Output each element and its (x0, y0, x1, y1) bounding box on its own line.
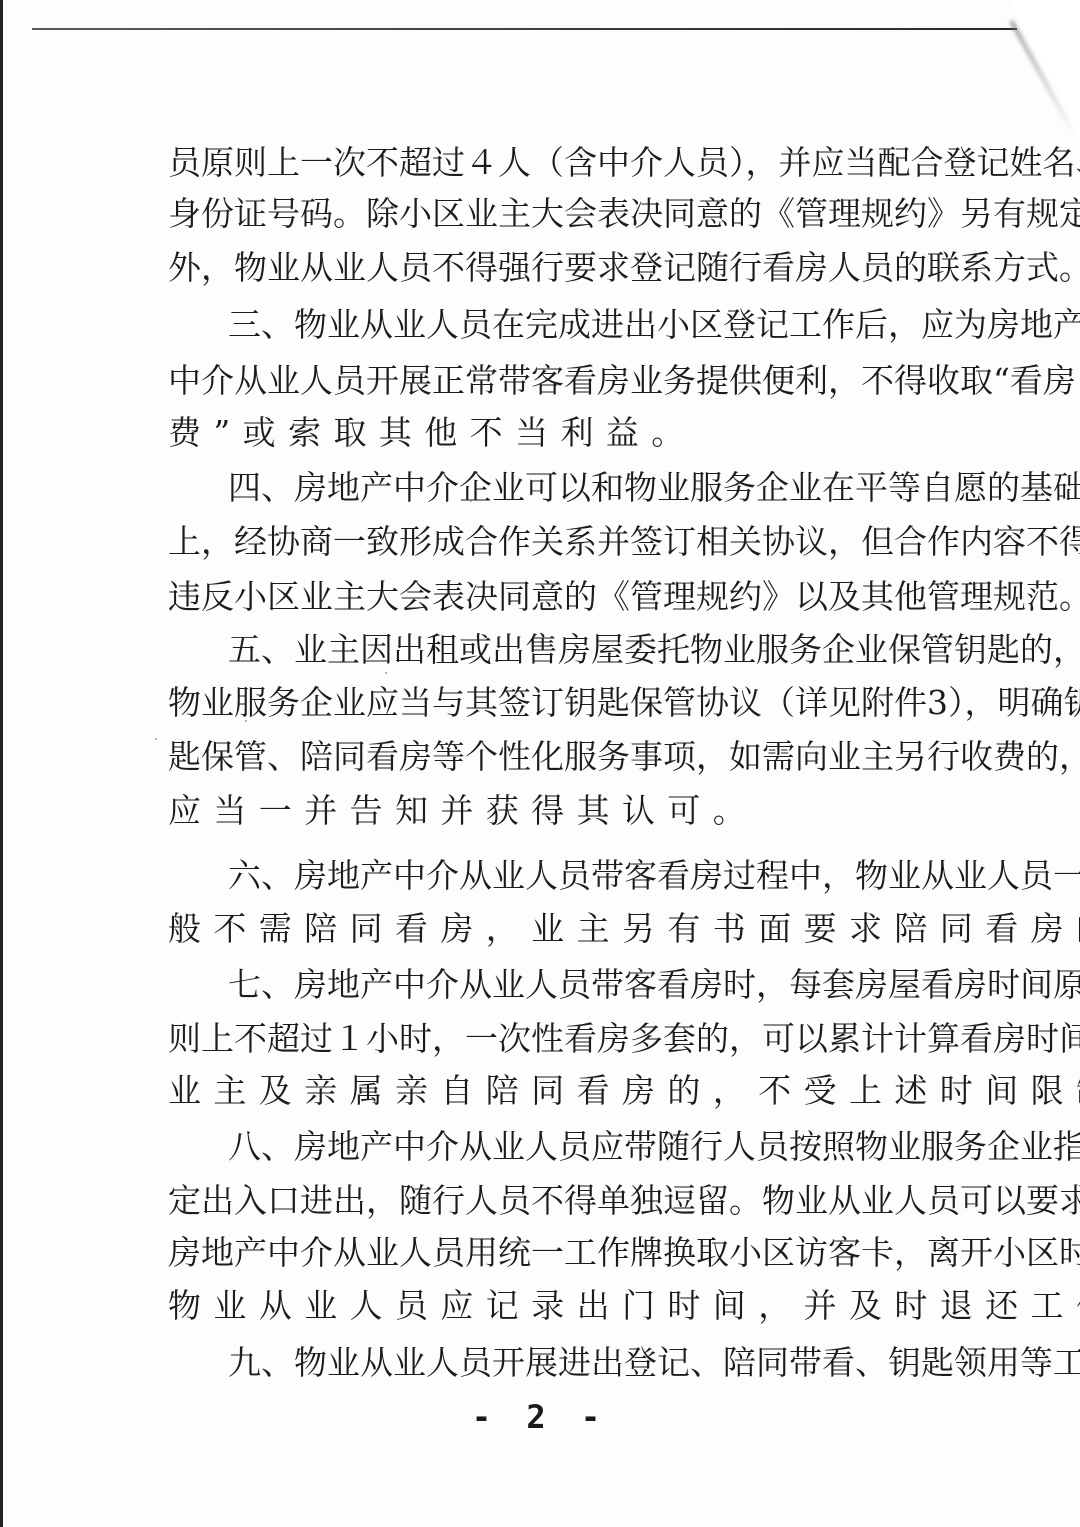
page-number: - 2 - (0, 1398, 1080, 1436)
text-line: 般不需陪同看房，业主另有书面要求陪同看房的除外。 (168, 909, 990, 949)
paragraph-start-line: 五、业主因出租或出售房屋委托物业服务企业保管钥匙的， (228, 630, 990, 670)
text-line: 身份证号码。除小区业主大会表决同意的《管理规约》另有规定 (168, 194, 990, 234)
page-top-edge (32, 28, 1017, 30)
text-line: 匙保管、陪同看房等个性化服务事项，如需向业主另行收费的， (168, 737, 990, 777)
text-line: 业主及亲属亲自陪同看房的，不受上述时间限制。 (168, 1071, 990, 1111)
text-line: 应当一并告知并获得其认可。 (168, 791, 990, 831)
scan-left-edge (0, 0, 3, 1527)
page-corner-fold (1010, 0, 1080, 140)
text-line: 员原则上一次不超过４人（含中介人员），并应当配合登记姓名、 (168, 143, 990, 183)
paragraph-start-line: 六、房地产中介从业人员带客看房过程中，物业从业人员一 (228, 856, 990, 896)
text-line: 费”或索取其他不当利益。 (168, 413, 990, 453)
scan-speck (470, 500, 472, 502)
scan-speck (245, 720, 247, 722)
paragraph-start-line: 九、物业从业人员开展进出登记、陪同带看、钥匙领用等工 (228, 1343, 990, 1383)
scan-speck (155, 738, 157, 740)
text-line: 上，经协商一致形成合作关系并签订相关协议，但合作内容不得 (168, 522, 990, 562)
text-line: 外，物业从业人员不得强行要求登记随行看房人员的联系方式。 (168, 248, 990, 288)
scan-speck (385, 672, 387, 674)
text-line: 物业服务企业应当与其签订钥匙保管协议（详见附件3），明确钥 (168, 683, 990, 723)
text-line: 则上不超过１小时，一次性看房多套的，可以累计计算看房时间。 (168, 1019, 990, 1059)
paragraph-start-line: 七、房地产中介从业人员带客看房时，每套房屋看房时间原 (228, 965, 990, 1005)
paragraph-start-line: 四、房地产中介企业可以和物业服务企业在平等自愿的基础 (228, 468, 990, 508)
text-line: 物业从业人员应记录出门时间，并及时退还工作牌。 (168, 1286, 990, 1326)
text-line: 违反小区业主大会表决同意的《管理规约》以及其他管理规范。 (168, 577, 990, 617)
text-line: 中介从业人员开展正常带客看房业务提供便利，不得收取“看房 (168, 361, 990, 401)
paragraph-start-line: 三、物业从业人员在完成进出小区登记工作后，应为房地产 (228, 305, 990, 345)
paragraph-start-line: 八、房地产中介从业人员应带随行人员按照物业服务企业指 (228, 1127, 990, 1167)
text-line: 房地产中介从业人员用统一工作牌换取小区访客卡，离开小区时 (168, 1233, 990, 1273)
text-line: 定出入口进出，随行人员不得单独逗留。物业从业人员可以要求 (168, 1181, 990, 1221)
